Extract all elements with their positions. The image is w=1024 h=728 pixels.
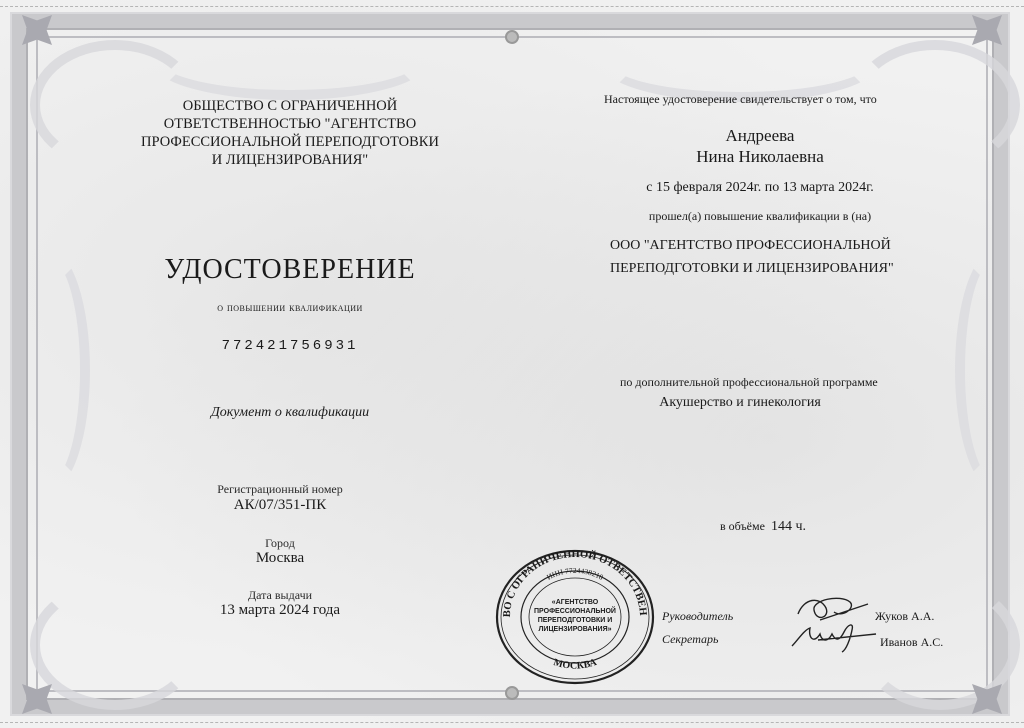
- official-stamp: ОБЩЕСТВО С ОГРАНИЧЕННОЙ ОТВЕТСТВЕННОСТЬЮ…: [492, 548, 658, 686]
- ornament-swirl: [10, 250, 90, 490]
- holder-name: Нина Николаевна: [590, 147, 930, 167]
- svg-text:«АГЕНТСТВО: «АГЕНТСТВО: [552, 599, 599, 606]
- holder-surname: Андреева: [590, 126, 930, 146]
- volume: в объёме144 ч.: [720, 519, 920, 535]
- secretary-role-label: Секретарь: [662, 632, 718, 647]
- head-role-label: Руководитель: [662, 609, 733, 624]
- passed-text: прошел(а) повышение квалификации в (на): [590, 209, 930, 224]
- svg-text:ПЕРЕПОДГОТОВКИ И: ПЕРЕПОДГОТОВКИ И: [538, 617, 613, 624]
- secretary-name: Иванов А.С.: [880, 635, 943, 650]
- center-ornament: [505, 30, 519, 44]
- issuer-organization: ОБЩЕСТВО С ОГРАНИЧЕННОЙ ОТВЕТСТВЕННОСТЬЮ…: [140, 97, 440, 169]
- registration-number-label: Регистрационный номер: [180, 482, 380, 497]
- intro-text: Настоящее удостоверение свидетельствует …: [590, 92, 944, 107]
- secretary-signature: [788, 620, 878, 654]
- issue-date-label: Дата выдачи: [180, 588, 380, 603]
- training-period: с 15 февраля 2024г. по 13 марта 2024г.: [590, 180, 930, 196]
- document-number: 772421756931: [140, 338, 440, 354]
- scan-edge: [0, 722, 1024, 724]
- certificate-page: ОБЩЕСТВО С ОГРАНИЧЕННОЙ ОТВЕТСТВЕННОСТЬЮ…: [0, 0, 1024, 728]
- volume-label: в объёме: [720, 519, 765, 533]
- training-organization: ООО "АГЕНТСТВО ПРОФЕССИОНАЛЬНОЙ ПЕРЕПОДГ…: [590, 234, 950, 280]
- program-label: по дополнительной профессиональной прогр…: [590, 375, 960, 390]
- center-ornament: [505, 686, 519, 700]
- document-title: УДОСТОВЕРЕНИЕ: [140, 254, 440, 286]
- ornament-swirl: [600, 22, 880, 102]
- head-name: Жуков А.А.: [875, 609, 934, 624]
- program-value: Акушерство и гинекология: [590, 395, 890, 411]
- city-label: Город: [180, 536, 380, 551]
- volume-value: 144 ч.: [771, 519, 806, 534]
- svg-text:МОСКВА: МОСКВА: [552, 657, 599, 672]
- svg-text:ПРОФЕССИОНАЛЬНОЙ: ПРОФЕССИОНАЛЬНОЙ: [534, 606, 616, 615]
- training-organization-line: ООО "АГЕНТСТВО ПРОФЕССИОНАЛЬНОЙ: [610, 234, 950, 257]
- training-organization-line: ПЕРЕПОДГОТОВКИ И ЛИЦЕНЗИРОВАНИЯ": [610, 257, 950, 280]
- ornament-swirl: [150, 20, 430, 100]
- city-value: Москва: [180, 550, 380, 567]
- svg-text:ИНН 7724438218: ИНН 7724438218: [545, 566, 605, 582]
- svg-text:ЛИЦЕНЗИРОВАНИЯ»: ЛИЦЕНЗИРОВАНИЯ»: [539, 626, 612, 633]
- scan-edge: [0, 6, 1024, 8]
- document-subtitle: о повышении квалификации: [140, 300, 440, 315]
- issue-date-value: 13 марта 2024 года: [180, 602, 380, 619]
- registration-number-value: АК/07/351-ПК: [180, 497, 380, 514]
- document-kind: Документ о квалификации: [140, 405, 440, 421]
- ornament-swirl: [30, 580, 200, 710]
